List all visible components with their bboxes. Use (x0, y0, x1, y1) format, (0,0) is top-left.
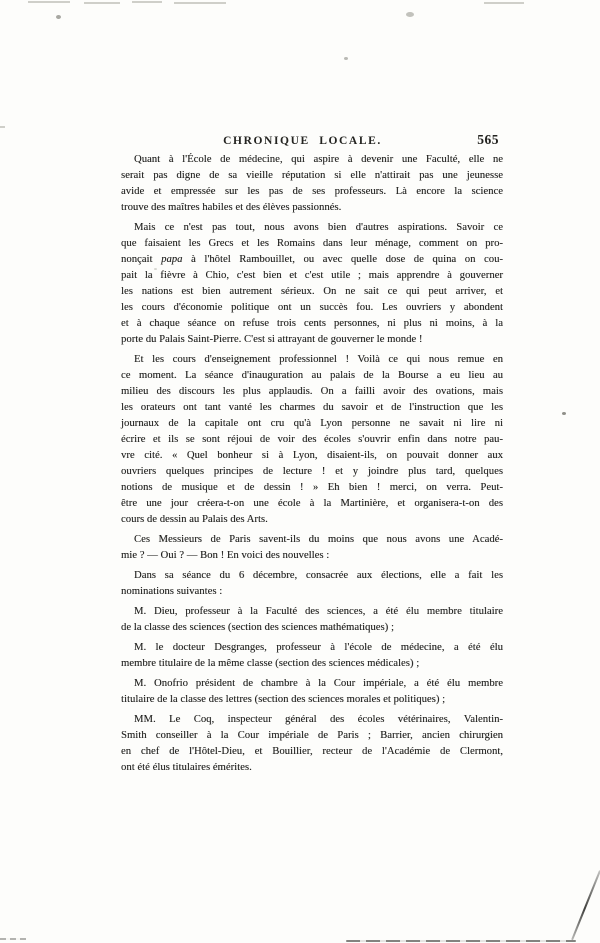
text-line: journaux de la capitale ont cru qu'à Lyo… (121, 416, 503, 432)
running-header: CHRONIQUE LOCALE. 565 (122, 134, 503, 150)
text-line: ont été élus titulaires émérites. (121, 760, 503, 776)
text-line: les cours d'économie politique ont un su… (121, 300, 503, 316)
text-line: porte du Palais Saint-Pierre. C'est si a… (121, 332, 503, 348)
scan-artifact-top-dash (132, 1, 162, 3)
scan-artifact-top-dash (28, 1, 70, 3)
text-line: les orateurs ont tant vanté les charmes … (121, 400, 503, 416)
text-line: serait pas digne de sa vieille réputatio… (121, 168, 503, 184)
text-paragraph: Ces Messieurs de Paris savent-ils du moi… (121, 532, 503, 564)
scan-speck (344, 57, 348, 60)
text-line: MM. Le Coq, inspecteur général des école… (121, 712, 503, 728)
page-crease-line (571, 870, 600, 940)
text-line: être une jour créera-t-on une école à la… (121, 496, 503, 512)
text-line: Dans sa séance du 6 décembre, consacrée … (121, 568, 503, 584)
text-line: milieu des discours les plus applaudis. … (121, 384, 503, 400)
text-line: nonçait papa à l'hôtel Rambouillet, ou a… (121, 252, 503, 268)
header-title: CHRONIQUE LOCALE. (112, 135, 493, 147)
text-paragraph: MM. Le Coq, inspecteur général des école… (121, 712, 503, 776)
text-paragraph: M. le docteur Desgranges, professeur à l… (121, 640, 503, 672)
scan-artifact-top-dash (84, 2, 120, 4)
text-line: de la classe des sciences (section des s… (121, 620, 503, 636)
text-line: cours de dessin au Palais des Arts. (121, 512, 503, 528)
text-line: nominations suivantes : (121, 584, 503, 600)
text-line: Mais ce n'est pas tout, nous avons bien … (121, 220, 503, 236)
scan-speck (154, 268, 157, 270)
text-line: Et les cours d'enseignement professionne… (121, 352, 503, 368)
text-line: en chef de l'Hôtel-Dieu, et Bouillier, r… (121, 744, 503, 760)
text-line: Smith conseiller à la Cour impériale de … (121, 728, 503, 744)
text-line: Quant à l'École de médecine, qui aspire … (121, 152, 503, 168)
text-line: les nations est bien autrement sérieux. … (121, 284, 503, 300)
text-paragraph: M. Onofrio président de chambre à la Cou… (121, 676, 503, 708)
scan-speck (56, 15, 61, 19)
scan-artifact-left-dash (0, 126, 5, 128)
page-bottom-edge-dash (0, 938, 26, 940)
text-line: M. le docteur Desgranges, professeur à l… (121, 640, 503, 656)
text-line: M. Onofrio président de chambre à la Cou… (121, 676, 503, 692)
page-bottom-edge-line (346, 940, 576, 942)
text-line: vre cité. « Quel bonheur si à Lyon, disa… (121, 448, 503, 464)
text-line: que faisaient les Grecs et les Romains d… (121, 236, 503, 252)
text-line: avide et empressée sur les pas de ses pr… (121, 184, 503, 200)
text-line: trouve des maîtres habiles et des élèves… (121, 200, 503, 216)
text-line: Ces Messieurs de Paris savent-ils du moi… (121, 532, 503, 548)
text-paragraph: Mais ce n'est pas tout, nous avons bien … (121, 220, 503, 348)
page-text: Quant à l'École de médecine, qui aspire … (121, 152, 503, 776)
scan-artifact-top-dash (174, 2, 226, 4)
text-line: ce moment. La séance d'inauguration au p… (121, 368, 503, 384)
text-line: et à chaque séance on refuse trois cents… (121, 316, 503, 332)
text-paragraph: Quant à l'École de médecine, qui aspire … (121, 152, 503, 216)
scan-speck (562, 412, 566, 415)
text-line: ouvriers quelques principes de lecture !… (121, 464, 503, 480)
scan-speck (406, 12, 414, 17)
text-paragraph: M. Dieu, professeur à la Faculté des sci… (121, 604, 503, 636)
text-line: M. Dieu, professeur à la Faculté des sci… (121, 604, 503, 620)
text-line: écrire et ils se sont réjoui de voir des… (121, 432, 503, 448)
page-number: 565 (477, 132, 499, 148)
scanned-book-page: CHRONIQUE LOCALE. 565 Quant à l'École de… (0, 0, 600, 943)
text-line: pait la fièvre à Chio, c'est bien et c'e… (121, 268, 503, 284)
text-paragraph: Et les cours d'enseignement professionne… (121, 352, 503, 528)
text-line: mie ? — Oui ? — Bon ! En voici des nouve… (121, 548, 503, 564)
scan-artifact-top-dash (484, 2, 524, 4)
text-paragraph: Dans sa séance du 6 décembre, consacrée … (121, 568, 503, 600)
text-line: notions de musique et de dessin ! » Eh b… (121, 480, 503, 496)
text-line: membre titulaire de la même classe (sect… (121, 656, 503, 672)
text-line: titulaire de la classe des lettres (sect… (121, 692, 503, 708)
